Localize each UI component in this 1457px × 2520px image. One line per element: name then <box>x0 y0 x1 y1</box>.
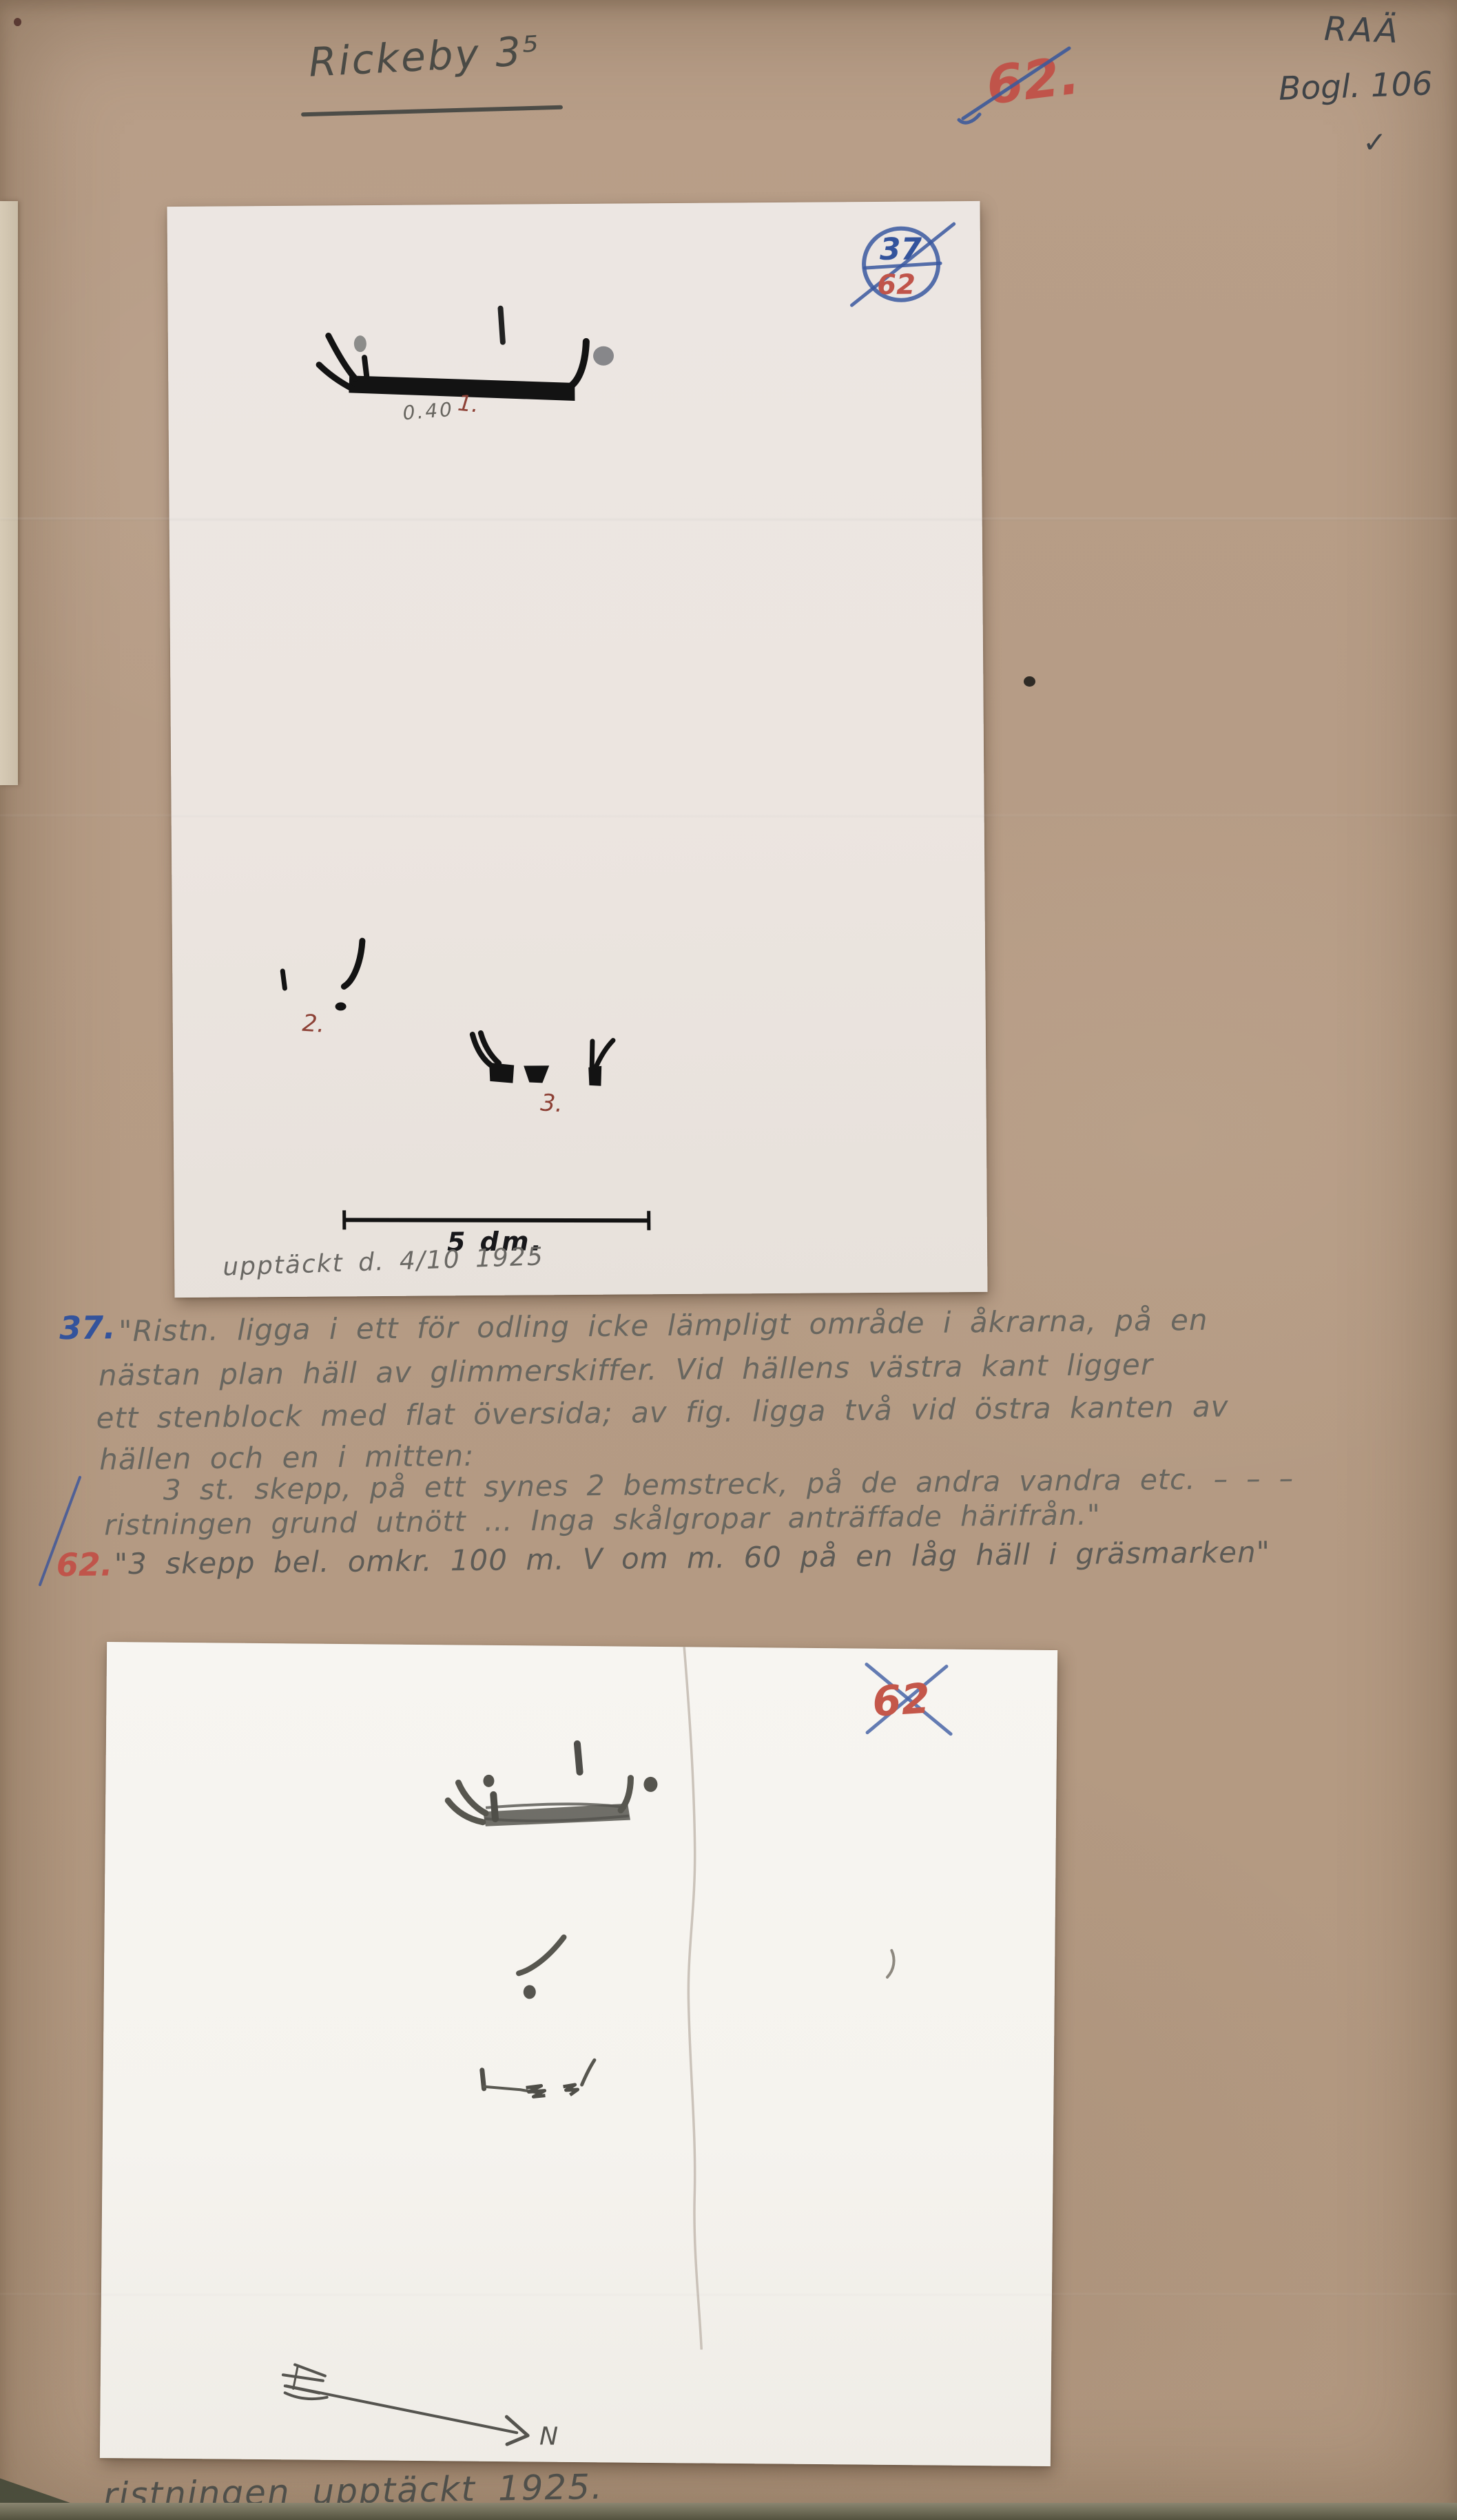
horizontal-crease <box>0 518 1457 520</box>
underlying-page-edge <box>0 201 18 785</box>
crossed-number: 62 <box>871 1675 931 1727</box>
pencil-sketch-drawing <box>100 1642 1057 2466</box>
figure2-number: 2. <box>302 1010 326 1039</box>
title-underline <box>301 105 563 117</box>
archive-abbreviation: RAÄ <box>1323 10 1401 51</box>
blue-strikethrough <box>949 33 1101 136</box>
north-label: N <box>539 2423 558 2451</box>
pencil-sketch-sheet: 62 N <box>100 1642 1057 2466</box>
horizontal-crease <box>0 2293 1457 2295</box>
notes-line: "Ristn. ligga i ett för odling icke lämp… <box>118 1303 1208 1348</box>
ink-fleck <box>14 18 21 26</box>
figure3-number: 3. <box>539 1089 564 1118</box>
horizontal-crease <box>0 815 1457 817</box>
notes-item-number: 37. <box>59 1309 116 1346</box>
blue-strikethrough <box>28 1470 90 1594</box>
ink-drawing-sheet: 37 62 0.40 1. 2. 3. 5 dm. upptäckt d. 4/… <box>167 201 987 1298</box>
stamp-and-ink-drawing <box>167 201 987 1298</box>
notes-line: "3 skepp bel. omkr. 100 m. V om m. 60 på… <box>114 1535 1271 1581</box>
notes-line: ett stenblock med flat översida; av fig.… <box>96 1389 1228 1435</box>
notes-line: nästan plan häll av glimmerskiffer. Vid … <box>99 1348 1154 1393</box>
stamp-bottom-number: 62 <box>877 269 916 301</box>
ink-fleck <box>1024 676 1035 687</box>
figure1-number: 1. <box>457 390 480 418</box>
page-bottom-edge <box>0 2503 1457 2520</box>
archive-reference: Bogl. 106 <box>1278 65 1433 108</box>
stamp-top-number: 37 <box>880 231 922 267</box>
figure1-measurement: 0.40 <box>402 398 455 425</box>
page-title: Rickeby 3⁵ <box>307 27 541 86</box>
checkmark-icon: ✓ <box>1363 125 1387 159</box>
album-page-background: Rickeby 3⁵ 62. RAÄ Bogl. 106 ✓ <box>0 0 1457 2520</box>
